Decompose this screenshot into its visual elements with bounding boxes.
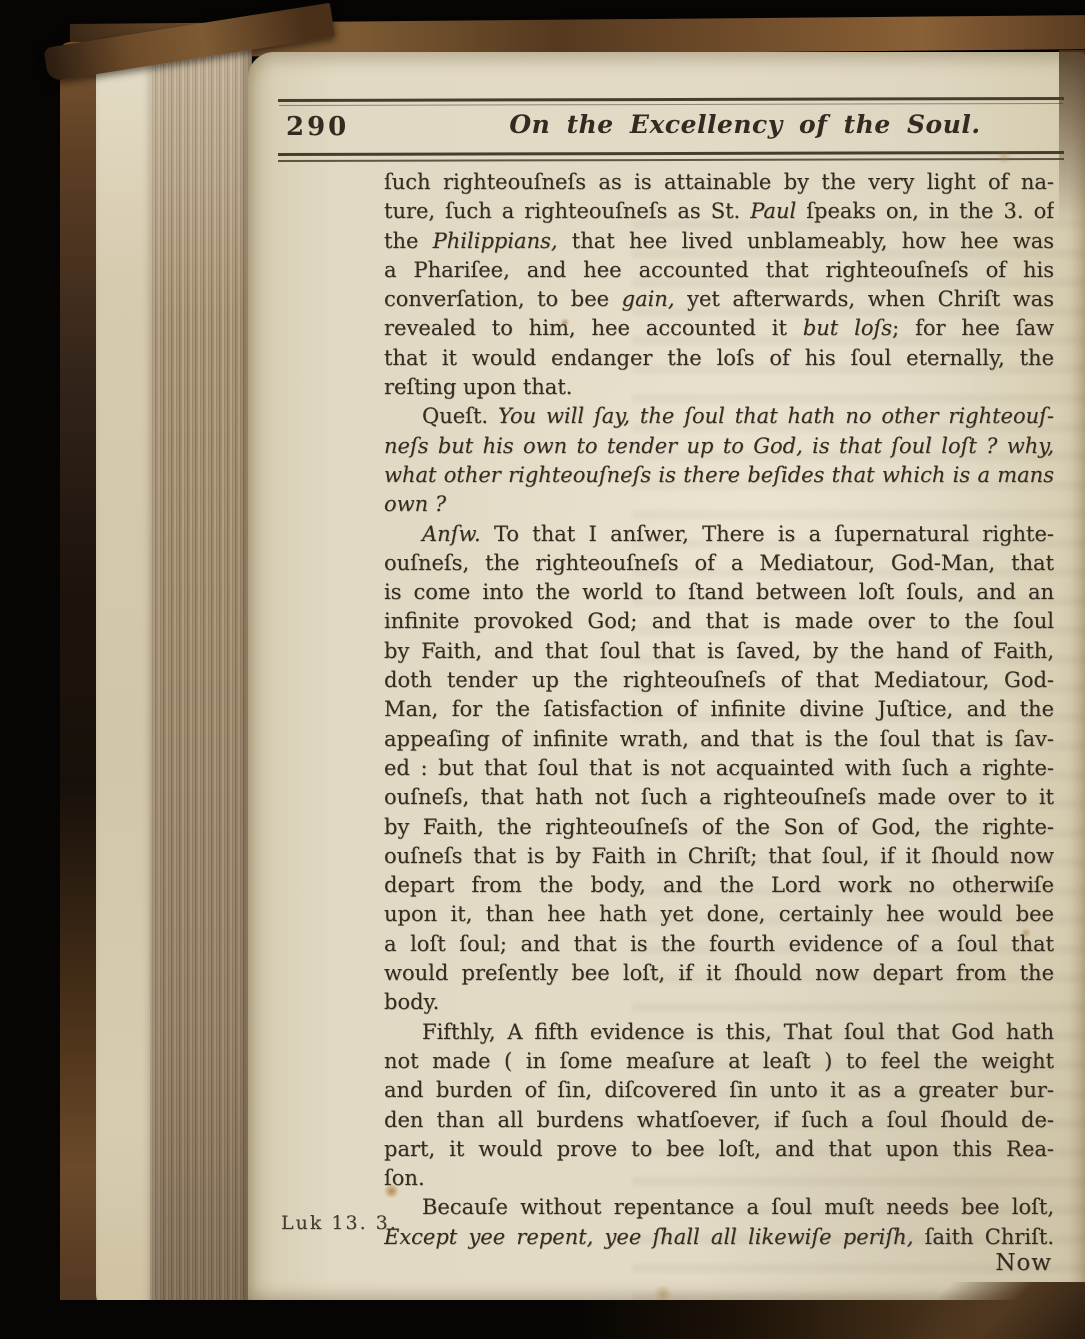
text-segment: Becauſe without repentance a ſoul muſt n…	[422, 1195, 1054, 1219]
book-cover-bottom-right-corner	[905, 1282, 1085, 1339]
text-line: converſation, to bee gain, yet afterward…	[384, 285, 1054, 314]
text-segment: converſation, to bee	[384, 287, 622, 311]
text-line: Except yee repent, yee ſhall all likewiſ…	[384, 1223, 1054, 1252]
text-line: Becauſe without repentance a ſoul muſt n…	[384, 1193, 1054, 1222]
text-line: appeaſing of infinite wrath, and that is…	[384, 725, 1054, 754]
margin-note-scripture-ref: Luk 13. 3.	[281, 1212, 398, 1234]
text-line: ture, ſuch a righteouſneſs as St. Paul ſ…	[384, 197, 1054, 226]
text-segment: a Phariſee, and hee accounted that right…	[384, 258, 1054, 282]
text-segment: body.	[384, 990, 439, 1014]
text-segment: ouſneſs that is by Faith in Chriſt; that…	[384, 844, 1054, 868]
text-segment: To that I anſwer, There is a ſupernatura…	[481, 522, 1054, 546]
text-segment: by Faith, the righteouſneſs of the Son o…	[384, 815, 1054, 839]
text-line: den than all burdens whatſoever, if ſuch…	[384, 1106, 1054, 1135]
text-segment: that hee lived unblameably, how hee was	[558, 229, 1054, 253]
text-line: body.	[384, 988, 1054, 1017]
italic-text-segment: Paul	[750, 199, 796, 223]
text-line: doth tender up the righteouſneſs of that…	[384, 666, 1054, 695]
text-line: ouſneſs that is by Faith in Chriſt; that…	[384, 842, 1054, 871]
text-line: and burden of ſin, diſcovered ſin unto i…	[384, 1076, 1054, 1105]
italic-text-segment: Philippians,	[433, 229, 558, 253]
text-line: Fifthly, A fifth evidence is this, That …	[384, 1018, 1054, 1047]
text-line: Anſw. To that I anſwer, There is a ſuper…	[384, 520, 1054, 549]
text-line: what other righteouſneſs is there beſide…	[384, 461, 1054, 490]
book-scan: 290 On the Excellency of the Soul. ſuch …	[0, 0, 1085, 1339]
book-fanned-page-edges	[150, 42, 252, 1318]
italic-text-segment: own ?	[384, 492, 446, 516]
text-segment: Man, for the ſatisfaction of infinite di…	[384, 697, 1054, 721]
text-line: that it would endanger the loſs of his ſ…	[384, 344, 1054, 373]
italic-text-segment: Anſw.	[422, 522, 481, 546]
text-segment: reſting upon that.	[384, 375, 572, 399]
text-segment: revealed to him, hee accounted it	[384, 316, 803, 340]
italic-text-segment: but loſs	[803, 316, 892, 340]
text-line: by Faith, the righteouſneſs of the Son o…	[384, 813, 1054, 842]
text-line: depart from the body, and the Lord work …	[384, 871, 1054, 900]
text-line: ouſneſs, that hath not ſuch a righteouſn…	[384, 783, 1054, 812]
text-line: revealed to him, hee accounted it but lo…	[384, 314, 1054, 343]
text-line: a Phariſee, and hee accounted that right…	[384, 256, 1054, 285]
text-segment: doth tender up the righteouſneſs of that…	[384, 668, 1054, 692]
text-segment: ſpeaks on, in the 3. of	[796, 199, 1054, 223]
text-segment: infinite provoked God; and that is made …	[384, 609, 1054, 633]
italic-text-segment: what other righteouſneſs is there beſide…	[384, 463, 1054, 487]
text-line: neſs but his own to tender up to God, is…	[384, 432, 1054, 461]
text-segment: den than all burdens whatſoever, if ſuch…	[384, 1108, 1054, 1132]
text-line: Man, for the ſatisfaction of infinite di…	[384, 695, 1054, 724]
text-line: part, it would prove to bee loſt, and th…	[384, 1135, 1054, 1164]
text-segment: ture, ſuch a righteouſneſs as St.	[384, 199, 750, 223]
text-segment: ſaith Chriſt.	[913, 1225, 1054, 1249]
book-inner-page-edge	[96, 50, 154, 1312]
text-line: ouſneſs, the righteouſneſs of a Mediatou…	[384, 549, 1054, 578]
text-segment: appeaſing of infinite wrath, and that is…	[384, 727, 1054, 751]
text-line: ed : but that ſoul that is not acquainte…	[384, 754, 1054, 783]
text-line: a loſt ſoul; and that is the fourth evid…	[384, 930, 1054, 959]
running-title: On the Excellency of the Soul.	[420, 110, 1070, 139]
text-line: not made ( in ſome meaſure at leaſt ) to…	[384, 1047, 1054, 1076]
text-segment: ſon.	[384, 1166, 425, 1190]
text-segment: ouſneſs, the righteouſneſs of a Mediatou…	[384, 551, 1054, 575]
text-segment: not made ( in ſome meaſure at leaſt ) to…	[384, 1049, 1054, 1073]
italic-text-segment: gain,	[622, 287, 675, 311]
text-segment: that it would endanger the loſs of his ſ…	[384, 346, 1054, 370]
text-line: the Philippians, that hee lived unblamea…	[384, 227, 1054, 256]
text-block: ſuch righteouſneſs as is attainable by t…	[384, 168, 1054, 1252]
text-segment: Queſt.	[422, 404, 498, 428]
text-line: would preſently bee loſt, if it ſhould n…	[384, 959, 1054, 988]
text-segment: yet afterwards, when Chriſt was	[675, 287, 1054, 311]
text-line: own ?	[384, 490, 1054, 519]
page-number: 290	[286, 112, 349, 142]
text-segment: Fifthly, A fifth evidence is this, That …	[422, 1020, 1054, 1044]
text-line: by Faith, and that ſoul that is ſaved, b…	[384, 637, 1054, 666]
text-line: upon it, than hee hath yet done, certain…	[384, 900, 1054, 929]
text-line: is come into the world to ſtand between …	[384, 578, 1054, 607]
text-segment: and burden of ſin, diſcovered ſin unto i…	[384, 1078, 1054, 1102]
text-segment: ouſneſs, that hath not ſuch a righteouſn…	[384, 785, 1054, 809]
book-cover-right-sliver	[1059, 50, 1085, 225]
text-segment: ſuch righteouſneſs as is attainable by t…	[384, 170, 1054, 194]
text-segment: upon it, than hee hath yet done, certain…	[384, 902, 1054, 926]
text-segment: a loſt ſoul; and that is the fourth evid…	[384, 932, 1054, 956]
text-segment: would preſently bee loſt, if it ſhould n…	[384, 961, 1054, 985]
italic-text-segment: You will ſay, the ſoul that hath no othe…	[498, 404, 1054, 428]
text-line: ſuch righteouſneſs as is attainable by t…	[384, 168, 1054, 197]
text-segment: the	[384, 229, 433, 253]
text-segment: ; for hee ſaw	[892, 316, 1054, 340]
text-segment: ed : but that ſoul that is not acquainte…	[384, 756, 1054, 780]
text-segment: part, it would prove to bee loſt, and th…	[384, 1137, 1054, 1161]
italic-text-segment: Except yee repent, yee ſhall all likewiſ…	[384, 1225, 913, 1249]
text-segment: is come into the world to ſtand between …	[384, 580, 1054, 604]
catchword: Now	[384, 1250, 1052, 1276]
italic-text-segment: neſs but his own to tender up to God, is…	[384, 434, 1054, 458]
text-line: reſting upon that.	[384, 373, 1054, 402]
text-segment: depart from the body, and the Lord work …	[384, 873, 1054, 897]
text-segment: by Faith, and that ſoul that is ſaved, b…	[384, 639, 1054, 663]
text-line: ſon.	[384, 1164, 1054, 1193]
text-line: infinite provoked God; and that is made …	[384, 607, 1054, 636]
text-line: Queſt. You will ſay, the ſoul that hath …	[384, 402, 1054, 431]
